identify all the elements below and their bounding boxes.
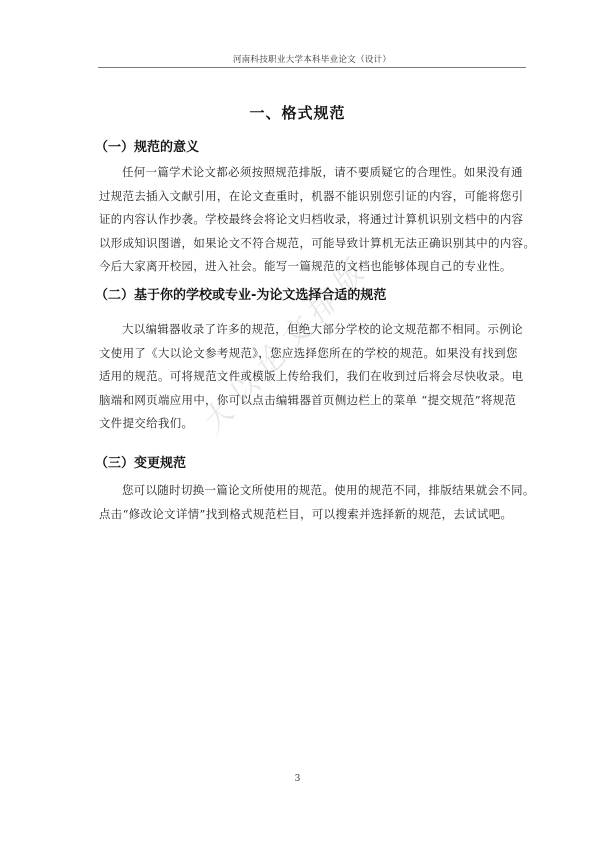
paragraph-line: 文件提交给我们。 — [99, 412, 525, 436]
paragraph-line: 过规范去插入文献引用，在论文查重时，机器不能识别您引证的内容，可能将您引 — [99, 185, 525, 209]
paragraph-line: 文使用了《大以论文参考规范》，您应选择您所在的学校的规范。如果没有找到您 — [99, 342, 525, 366]
paragraph-line: 任何一篇学术论文都必须按照规范排版，请不要质疑它的合理性。如果没有通 — [99, 161, 525, 185]
paragraph-line: 证的内容认作抄袭。学校最终会将论文归档收录，将通过计算机识别文档中的内容 — [99, 208, 525, 232]
paragraph-line: 适用的规范。可将规范文件或模版上传给我们，我们在收到过后将会尽快收录。电 — [99, 365, 525, 389]
section-heading-2: （二）基于你的学校或专业-为论文选择合适的规范 — [95, 288, 386, 304]
section-heading-1: （一）规范的意义 — [95, 140, 199, 156]
section-paragraph-2: 大以编辑器收录了许多的规范，但绝大部分学校的论文规范都不相同。示例论 文使用了《… — [99, 318, 525, 436]
section-paragraph-1: 任何一篇学术论文都必须按照规范排版，请不要质疑它的合理性。如果没有通 过规范去插… — [99, 161, 525, 279]
paragraph-line: 大以编辑器收录了许多的规范，但绝大部分学校的论文规范都不相同。示例论 — [99, 318, 525, 342]
paragraph-line: 点击“修改论文详情”找到格式规范栏目，可以搜索并选择新的规范，去试试吧。 — [99, 503, 525, 527]
section-heading-3: （三）变更规范 — [95, 456, 186, 472]
running-header: 河南科技职业大学本科毕业论文（设计） — [98, 53, 526, 67]
page-number: 3 — [0, 773, 595, 785]
chapter-title: 一、格式规范 — [0, 104, 595, 122]
paragraph-line: 脑端和网页端应用中，你可以点击编辑器首页侧边栏上的菜单 “提交规范”将规范 — [99, 389, 525, 413]
paragraph-line: 今后大家离开校园，进入社会。能写一篇规范的文档也能够体现自己的专业性。 — [99, 255, 525, 279]
section-paragraph-3: 您可以随时切换一篇论文所使用的规范。使用的规范不同，排版结果就会不同。 点击“修… — [99, 479, 525, 526]
header-rule — [98, 67, 526, 68]
paragraph-line: 以形成知识图谱，如果论文不符合规范，可能导致计算机无法正确识别其中的内容。 — [99, 232, 525, 256]
paragraph-line: 您可以随时切换一篇论文所使用的规范。使用的规范不同，排版结果就会不同。 — [99, 479, 525, 503]
